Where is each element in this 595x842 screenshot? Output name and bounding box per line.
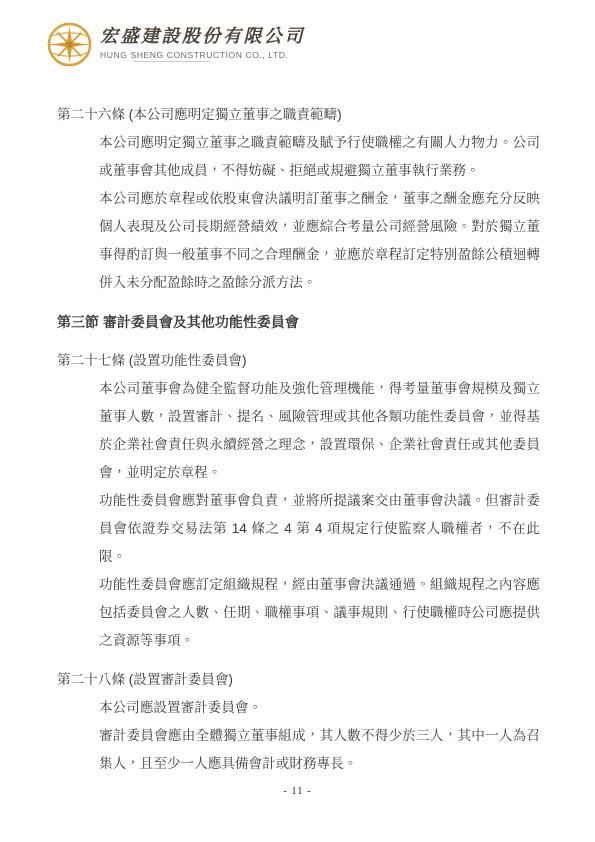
article-27-paragraph-3: 功能性委員會應訂定組織規程，經由董事會決議通過。組織規程之內容應包括委員會之人數…	[99, 571, 540, 655]
document-page: 宏盛建設股份有限公司 HUNG SHENG CONSTRUCTION CO., …	[0, 0, 595, 842]
article-28-paragraph-2: 審計委員會應由全體獨立董事組成，其人數不得少於三人，其中一人為召集人，且至少一人…	[99, 722, 540, 778]
section-3-title: 第三節 審計委員會及其他功能性委員會	[57, 308, 540, 336]
article-26-paragraph-1: 本公司應明定獨立董事之職責範疇及賦予行使職權之有關人力物力。公司或董事會其他成員…	[99, 129, 540, 185]
company-name-zh: 宏盛建設股份有限公司	[100, 25, 305, 47]
company-logo-globe-star-icon	[46, 21, 93, 68]
article-27-paragraph-2: 功能性委員會應對董事會負責，並將所提議案交由董事會決議。但審計委員會依證券交易法…	[99, 487, 540, 571]
page-footer: - 11 -	[0, 786, 595, 797]
company-name-en: HUNG SHENG CONSTRUCTION CO., LTD.	[100, 50, 305, 60]
company-name-block: 宏盛建設股份有限公司 HUNG SHENG CONSTRUCTION CO., …	[100, 21, 305, 60]
article-27: 第二十七條 (設置功能性委員會) 本公司董事會為健全監督功能及強化管理機能，得考…	[57, 347, 540, 655]
article-26-paragraph-2: 本公司應於章程或依股東會決議明訂董事之酬金，董事之酬金應充分反映個人表現及公司長…	[99, 185, 540, 297]
letterhead-rule	[134, 61, 210, 62]
article-28: 第二十八條 (設置審計委員會) 本公司應設置審計委員會。 審計委員會應由全體獨立…	[57, 666, 540, 778]
article-26: 第二十六條 (本公司應明定獨立董事之職責範疇) 本公司應明定獨立董事之職責範疇及…	[57, 101, 540, 297]
article-28-heading: 第二十八條 (設置審計委員會)	[57, 666, 540, 694]
article-27-paragraph-1: 本公司董事會為健全監督功能及強化管理機能，得考量董事會規模及獨立董事人數，設置審…	[99, 375, 540, 487]
article-27-heading: 第二十七條 (設置功能性委員會)	[57, 347, 540, 375]
letterhead: 宏盛建設股份有限公司 HUNG SHENG CONSTRUCTION CO., …	[46, 21, 305, 68]
document-body: 第二十六條 (本公司應明定獨立董事之職責範疇) 本公司應明定獨立董事之職責範疇及…	[57, 101, 540, 778]
article-26-heading: 第二十六條 (本公司應明定獨立董事之職責範疇)	[57, 101, 540, 129]
article-28-paragraph-1: 本公司應設置審計委員會。	[99, 694, 540, 722]
page-number: - 11 -	[283, 786, 311, 797]
